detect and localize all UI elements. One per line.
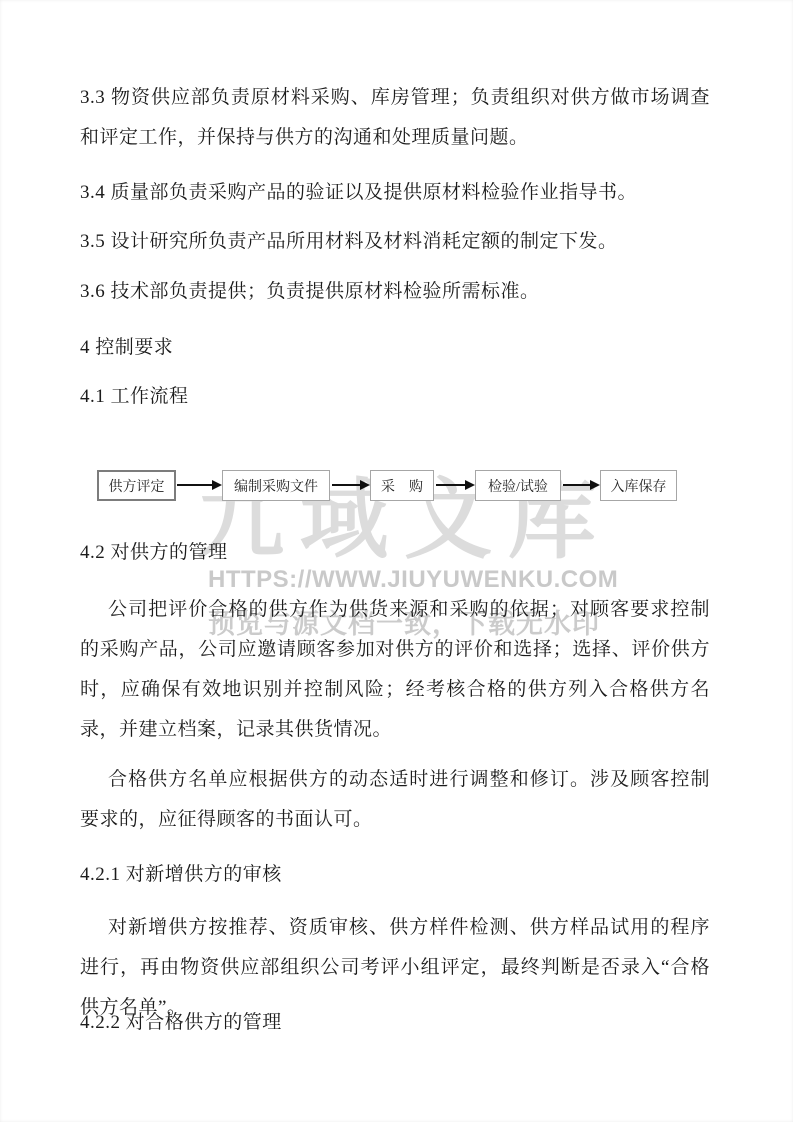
flow-arrow-1 — [177, 484, 212, 486]
paragraph-3-3: 3.3 物资供应部负责原材料采购、库房管理；负责组织对供方做市场调查和评定工作，… — [80, 78, 710, 158]
heading-4-2-2: 4.2.2 对合格供方的管理 — [80, 1003, 710, 1043]
paragraph-3-4: 3.4 质量部负责采购产品的验证以及提供原材料检验作业指导书。 — [80, 173, 710, 213]
heading-4-2-1: 4.2.1 对新增供方的审核 — [80, 855, 710, 895]
heading-4-1: 4.1 工作流程 — [80, 377, 710, 417]
flow-arrow-2 — [332, 484, 360, 486]
flow-step-prepare-purchase-docs: 编制采购文件 — [222, 470, 330, 501]
flow-arrow-3 — [436, 484, 465, 486]
document-page: 九域文库 HTTPS://WWW.JIUYUWENKU.COM 预览与源文档一致… — [0, 0, 793, 1122]
heading-4: 4 控制要求 — [80, 328, 710, 368]
flow-arrow-4 — [563, 484, 590, 486]
heading-4-2: 4.2 对供方的管理 — [80, 533, 710, 573]
paragraph-3-6: 3.6 技术部负责提供；负责提供原材料检验所需标准。 — [80, 272, 710, 312]
flow-step-purchase: 采 购 — [370, 470, 434, 501]
paragraph-4-2-update: 合格供方名单应根据供方的动态适时进行调整和修订。涉及顾客控制要求的，应征得顾客的… — [80, 760, 710, 840]
flow-step-inspection-test: 检验/试验 — [475, 470, 561, 501]
paragraph-3-5: 3.5 设计研究所负责产品所用材料及材料消耗定额的制定下发。 — [80, 222, 710, 262]
flow-step-warehouse-storage: 入库保存 — [600, 470, 677, 501]
flow-step-supplier-evaluation: 供方评定 — [97, 470, 176, 501]
paragraph-4-2-intro: 公司把评价合格的供方作为供货来源和采购的依据；对顾客要求控制的采购产品，公司应邀… — [80, 590, 710, 750]
